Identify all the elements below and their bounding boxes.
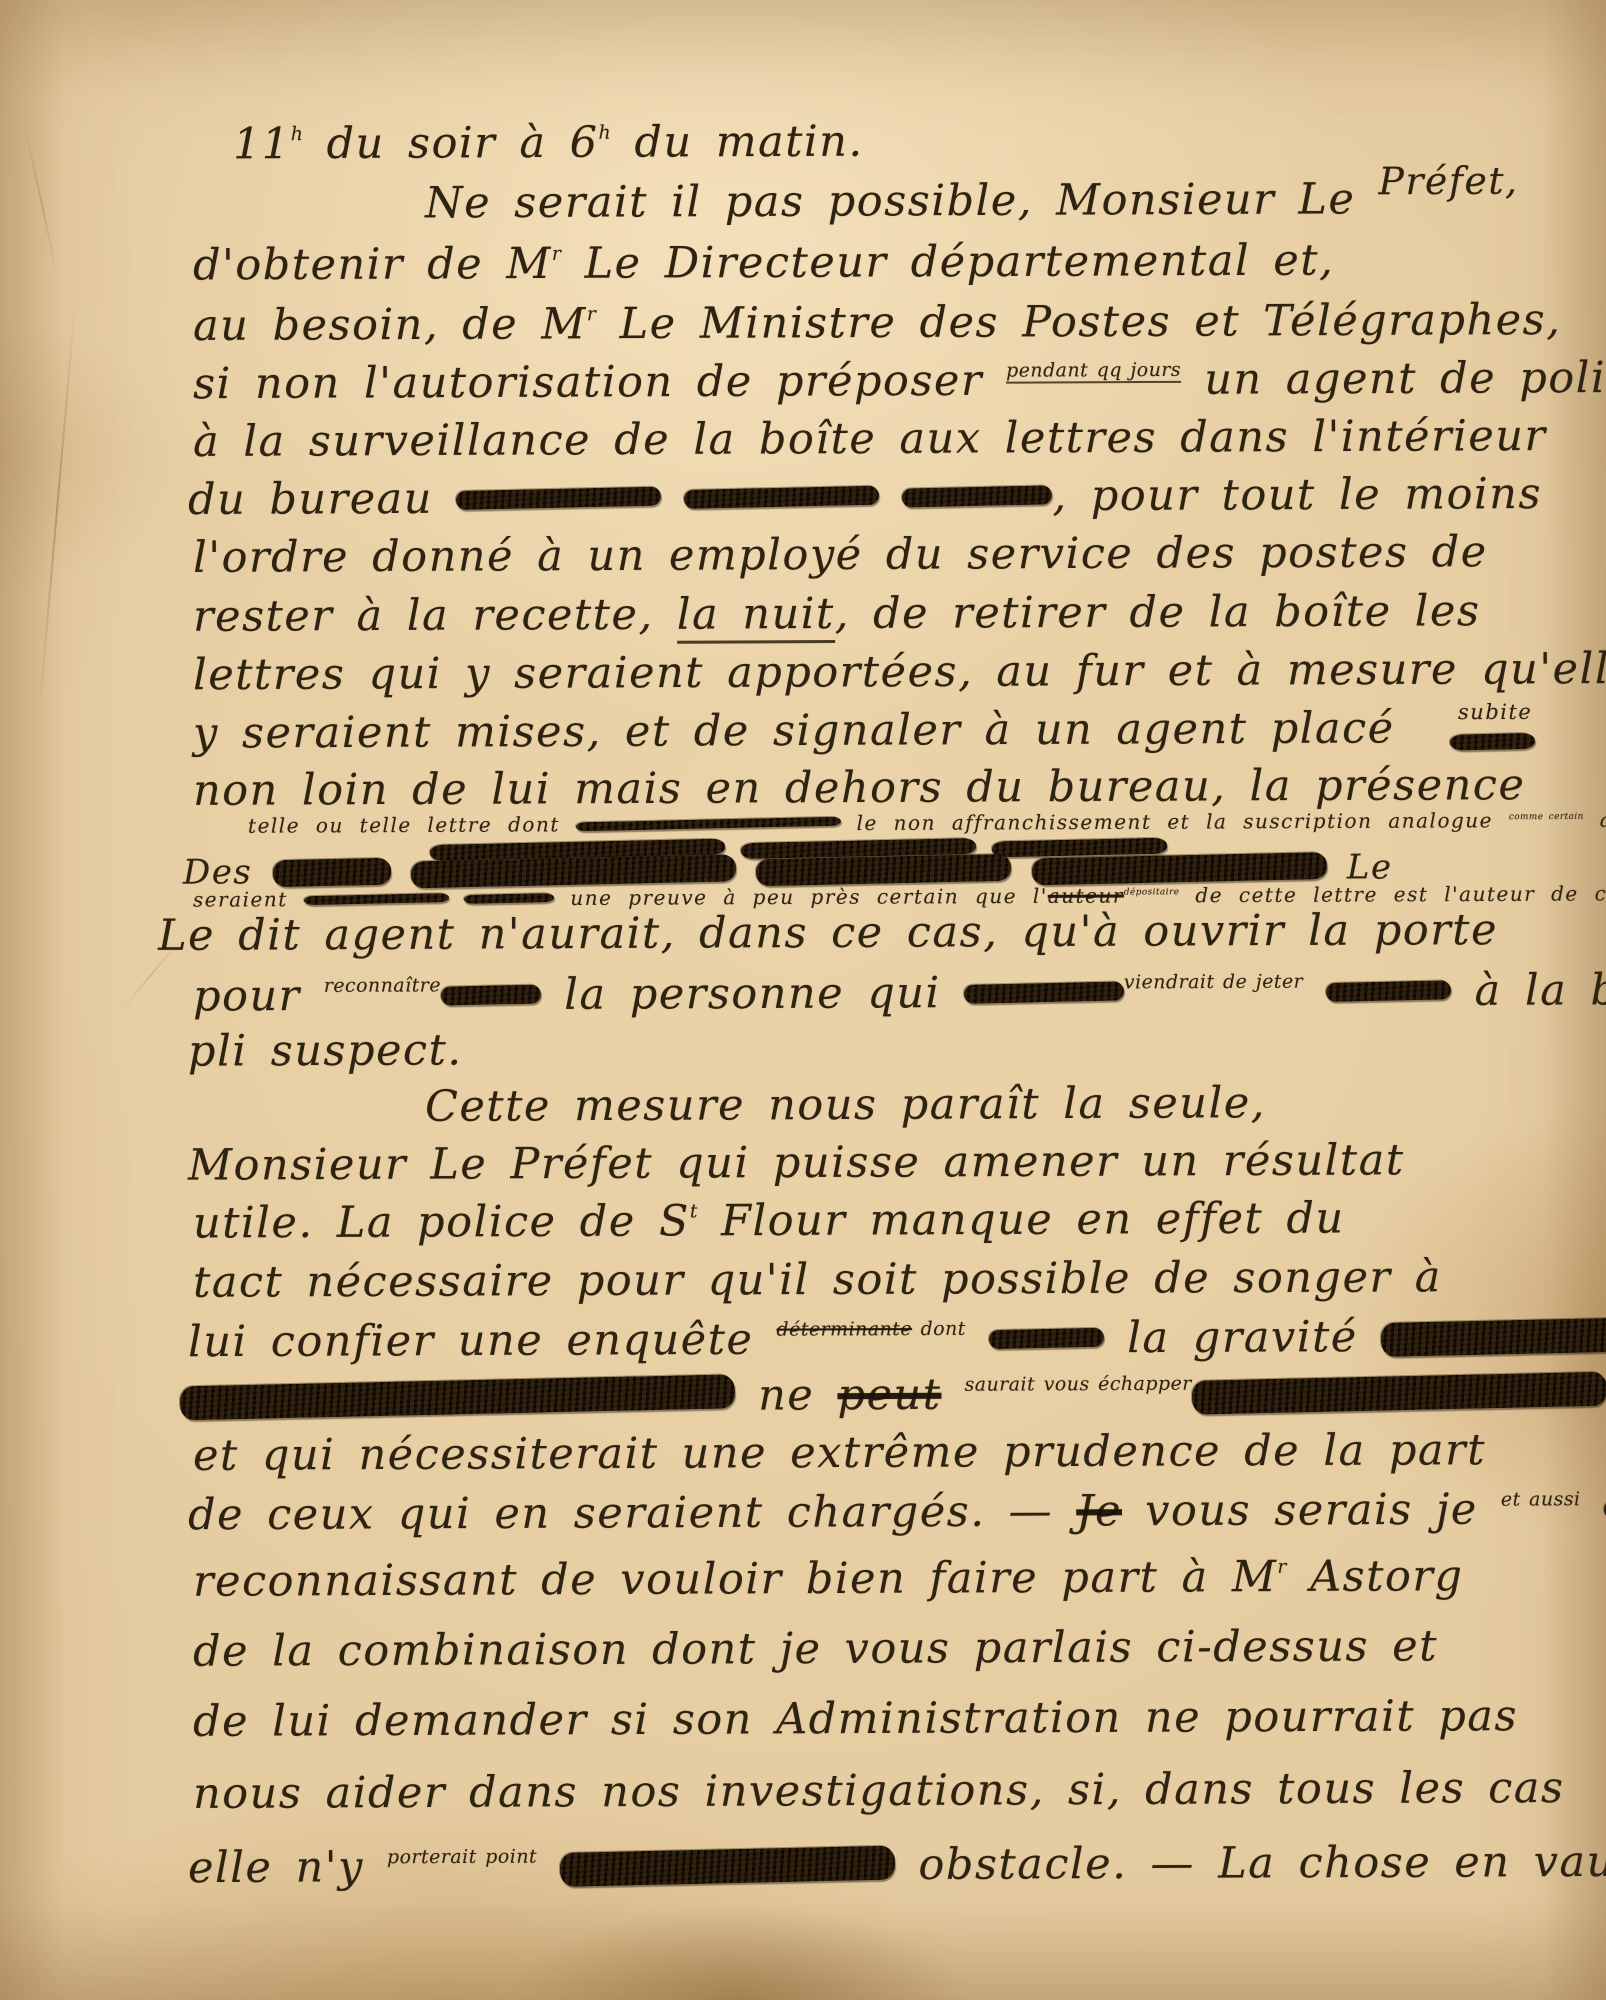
handwritten-line-4: au besoin, de Mr Le Ministre des Postes … <box>193 295 1562 351</box>
text-run: nous aider dans nos investigations, si, … <box>193 1763 1565 1819</box>
ink-scribble-blot <box>464 893 554 904</box>
ink-scribble-blot <box>272 857 391 886</box>
handwritten-line-13 <box>1450 730 1535 754</box>
text-run: si non l'autorisation de préposer <box>193 356 1006 410</box>
text-run <box>941 1370 964 1420</box>
handwritten-line-19: Le dit agent n'aurait, dans ce cas, qu'à… <box>158 905 1498 961</box>
text-run: tact nécessaire pour qu'il soit possible… <box>193 1252 1442 1307</box>
text-run: utile. La police de S <box>193 1196 690 1248</box>
text-run: de cette lettre est l'auteur de celles q… <box>1179 881 1606 908</box>
ink-scribble-blot <box>964 982 1124 1005</box>
text-run: au besoin, de M <box>193 299 587 351</box>
text-run: seraient <box>193 887 304 911</box>
text-run: Cette mesure nous paraît la seule, <box>425 1078 1266 1132</box>
handwritten-line-20: pour reconnaître la personne qui viendra… <box>193 965 1606 1022</box>
handwritten-line-32: de lui demander si son Administration ne… <box>193 1691 1518 1747</box>
ink-scribble-blot <box>1381 1317 1606 1357</box>
text-run: du matin. <box>611 117 864 168</box>
text-run: ne <box>735 1370 838 1420</box>
text-run: l'ordre donné à un employé du service de… <box>193 527 1488 583</box>
text-run: Le Ministre des Postes et Télégraphes, <box>596 295 1561 349</box>
interline-insertion: r <box>1277 1556 1287 1578</box>
text-run: reconnaissant de vouloir bien faire part… <box>193 1552 1278 1607</box>
interline-insertion: dépositaire <box>1124 887 1180 897</box>
text-run <box>1580 1484 1603 1534</box>
text-run: elle n'y <box>188 1842 387 1893</box>
text-run: non loin de lui mais en dehors du bureau… <box>193 760 1526 816</box>
interline-insertion: t <box>690 1200 698 1222</box>
text-run: la nuit <box>677 589 835 644</box>
text-run: aux enveloppes déjà reçues <box>1584 806 1606 832</box>
text-run: à la surveillance de la boîte aux lettre… <box>193 411 1547 467</box>
handwritten-line-33: nous aider dans nos investigations, si, … <box>193 1763 1565 1819</box>
handwritten-line-27: ne peut saurait vous échapper <box>180 1367 1606 1423</box>
interline-insertion: porterait point <box>387 1846 537 1869</box>
handwritten-line-14: non loin de lui mais en dehors du bureau… <box>193 760 1526 816</box>
text-run: à la boîte le <box>1451 965 1606 1016</box>
text-run: de lui demander si son Administration ne… <box>193 1691 1518 1747</box>
interline-insertion: viendrait de jeter <box>1124 971 1303 994</box>
ink-scribble-blot <box>560 1846 896 1887</box>
interline-insertion: r <box>552 243 562 265</box>
text-run: 11 <box>233 119 291 169</box>
text-run <box>879 472 902 522</box>
interline-insertion: saurait vous échapper <box>965 1373 1192 1396</box>
handwritten-line-31: de la combinaison dont je vous parlais c… <box>193 1621 1438 1676</box>
handwritten-line-34: elle n'y porterait point obstacle. — La … <box>188 1837 1606 1893</box>
handwritten-line-25: tact nécessaire pour qu'il soit possible… <box>193 1252 1442 1307</box>
text-run: Monsieur Le Préfet qui puisse amener un … <box>188 1135 1405 1190</box>
handwritten-line-9: rester à la recette, la nuit, de retirer… <box>193 586 1481 642</box>
handwritten-line-3: d'obtenir de Mr Le Directeur département… <box>193 236 1334 291</box>
text-run <box>449 886 465 910</box>
interline-insertion: pendant qq jours <box>1006 359 1181 384</box>
interline-insertion: et aussi <box>1501 1488 1581 1510</box>
ink-scribble-blot <box>684 486 879 510</box>
text-run: Astorg <box>1287 1551 1464 1602</box>
struck-text-run: auteur <box>1048 884 1124 908</box>
text-run: de ceux qui en seraient chargés. — <box>188 1486 1077 1540</box>
handwritten-line-28: et qui nécessiterait une extrême prudenc… <box>193 1425 1486 1481</box>
manuscript-text: 11h du soir à 6h du matin.Ne serait il p… <box>0 0 1606 2000</box>
text-run: un agent de police <box>1181 353 1606 405</box>
text-run: vous serais je <box>1122 1485 1501 1537</box>
handwritten-line-5: si non l'autorisation de préposer pendan… <box>193 353 1606 409</box>
text-run: du bureau <box>188 474 456 525</box>
interline-insertion: reconnaître <box>324 974 441 997</box>
struck-text-run: Je <box>1076 1486 1122 1536</box>
text-run: telle ou telle lettre dont <box>248 812 576 837</box>
ink-scribble-blot <box>1326 981 1451 1003</box>
ink-scribble-blot <box>1031 852 1327 885</box>
ink-scribble-blot <box>576 817 841 832</box>
handwritten-line-23: Monsieur Le Préfet qui puisse amener un … <box>188 1135 1405 1190</box>
text-run <box>966 1314 989 1364</box>
text-run: rester à la recette, <box>193 590 677 642</box>
text-run: de la combinaison dont je vous parlais c… <box>193 1621 1438 1676</box>
text-run <box>661 473 684 523</box>
interline-insertion: r <box>587 303 597 325</box>
interline-insertion: h <box>598 122 611 144</box>
text-run: du soir à 6 <box>303 118 598 169</box>
handwritten-line-21: pli suspect. <box>188 1025 463 1076</box>
handwritten-line-12: subite <box>1458 700 1532 724</box>
text-run: d'obtenir de M <box>193 239 552 291</box>
text-run: la personne qui <box>541 968 964 1020</box>
handwritten-line-6: à la surveillance de la boîte aux lettre… <box>193 411 1547 467</box>
interline-insertion: dont <box>912 1318 966 1340</box>
handwritten-line-22: Cette mesure nous paraît la seule, <box>425 1078 1266 1132</box>
handwritten-line-24: utile. La police de St Flour manque en e… <box>193 1193 1345 1248</box>
text-run <box>537 1842 560 1892</box>
interline-insertion: h <box>291 123 304 145</box>
scanned-manuscript-page: 11h du soir à 6h du matin.Ne serait il p… <box>0 0 1606 2000</box>
text-run: , de retirer de la boîte les <box>835 586 1481 639</box>
text-run: une preuve à peu près certain que l' <box>554 884 1047 910</box>
interline-insertion: déterminante <box>776 1318 912 1341</box>
text-run: Le dit agent n'aurait, dans ce cas, qu'à… <box>158 905 1498 961</box>
handwritten-line-1: 11h du soir à 6h du matin. <box>233 117 864 170</box>
handwritten-line-10: lettres qui y seraient apportées, au fur… <box>193 644 1606 700</box>
handwritten-line-2: Ne serait il pas possible, Monsieur Le P… <box>425 174 1519 229</box>
ink-scribble-blot <box>1450 733 1535 751</box>
text-run: et qui nécessiterait une extrême prudenc… <box>193 1425 1486 1481</box>
ink-scribble-blot <box>989 1328 1104 1350</box>
handwritten-line-7: du bureau , pour tout le moins <box>188 469 1542 525</box>
handwritten-line-29: de ceux qui en seraient chargés. — Je vo… <box>188 1484 1606 1541</box>
text-run: Flour manque en effet du <box>698 1193 1345 1246</box>
handwritten-line-11: y seraient mises, et de signaler à un ag… <box>193 703 1395 758</box>
struck-text-run: peut <box>837 1370 941 1420</box>
text-run: pour <box>193 971 324 1022</box>
text-run: lettres qui y seraient apportées, au fur… <box>193 644 1606 700</box>
text-run: Le Directeur départemental et, <box>561 236 1334 289</box>
text-run: la gravité <box>1104 1312 1381 1363</box>
text-run: obstacle. — La chose en vaut <box>895 1837 1606 1890</box>
handwritten-line-8: l'ordre donné à un employé du service de… <box>193 527 1488 583</box>
interline-insertion: comme certain <box>1509 812 1584 822</box>
text-run: pli suspect. <box>188 1025 463 1076</box>
handwritten-line-26: lui confier une enquête déterminante don… <box>188 1311 1606 1367</box>
handwritten-line-30: reconnaissant de vouloir bien faire part… <box>193 1551 1464 1607</box>
ink-scribble-blot <box>180 1375 736 1421</box>
ink-scribble-blot <box>1191 1372 1606 1415</box>
ink-scribble-blot <box>303 893 448 905</box>
text-run <box>1303 967 1326 1017</box>
ink-scribble-blot <box>902 486 1052 509</box>
text-run: Ne serait il pas possible, Monsieur Le <box>425 174 1379 228</box>
text-run: lui confier une enquête <box>188 1315 777 1368</box>
text-run: subite <box>1458 700 1532 724</box>
text-run: , pour tout le moins <box>1052 469 1542 521</box>
ink-scribble-blot <box>456 487 661 511</box>
ink-scribble-blot <box>756 853 1012 885</box>
text-run: le non affranchissement et la suscriptio… <box>841 808 1509 835</box>
ink-scribble-blot <box>441 985 541 1007</box>
text-run: Préfet, <box>1378 159 1518 204</box>
text-run: y seraient mises, et de signaler à un ag… <box>193 703 1395 758</box>
ink-scribble-blot <box>411 854 737 888</box>
